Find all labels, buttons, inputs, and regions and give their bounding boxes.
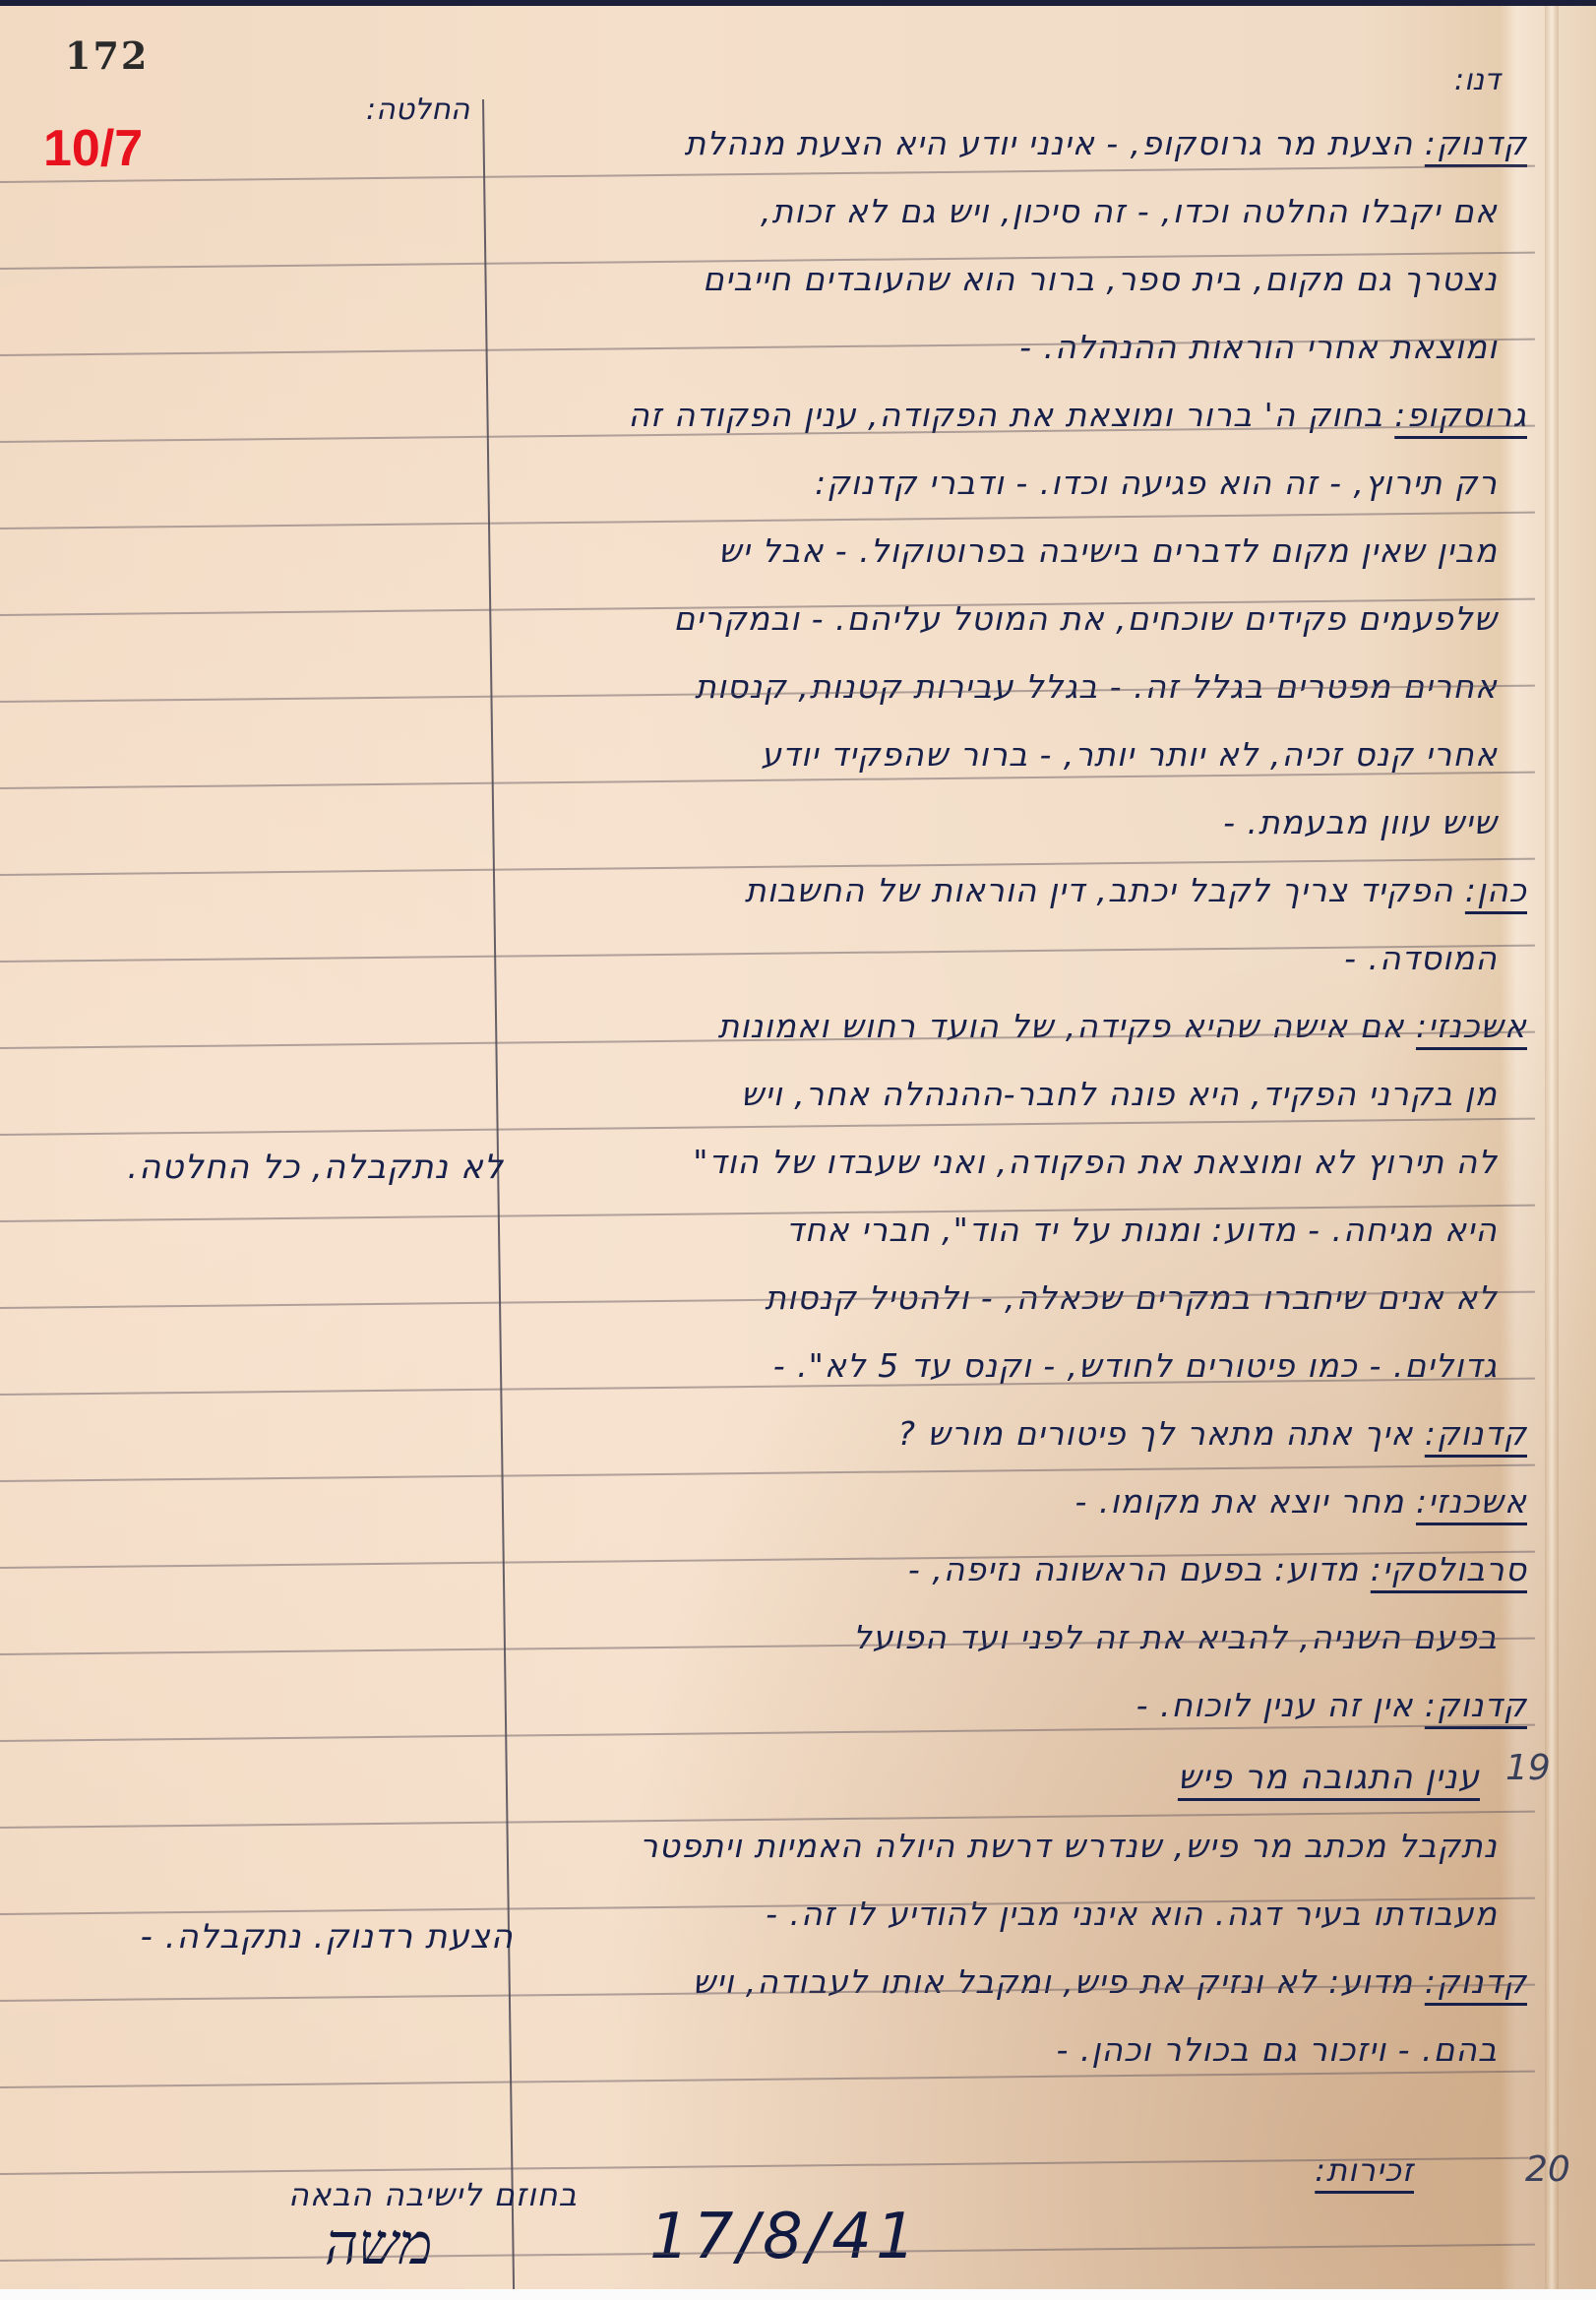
protocol-line: קדנוק: מדוע: לא ונזיק את פיש, ומקבל אותו…	[693, 1962, 1527, 2001]
ruled-line	[0, 2071, 1535, 2088]
line-text: אם יקבלו החלטה וכדו, - זה סיכון, ויש גם …	[761, 192, 1498, 230]
agenda-column-header: דנו:	[1454, 63, 1501, 97]
protocol-line: כהן: הפקיד צריך לקבל יכתב, דין הוראות של…	[745, 871, 1527, 909]
protocol-line: לה תירוץ לא ומוצאת את הפקודה, ואני שעבדו…	[693, 1143, 1498, 1181]
signature: משה	[325, 2210, 432, 2277]
line-text: הפקיד צריך לקבל יכתב, דין הוראות של החשב…	[745, 871, 1454, 909]
line-text: הצעת מר גרוסקופ, - אינני יודע היא הצעת מ…	[684, 124, 1413, 162]
protocol-line: נצטרך גם מקום, בית ספר, ברור הוא שהעובדי…	[703, 260, 1498, 298]
page-number: 172	[65, 33, 149, 78]
ruled-line	[0, 1118, 1535, 1136]
side-note-decision: הצעת רדנוק. נתקבלה. -	[141, 1917, 514, 1957]
protocol-line: רק תירוץ, - זה הוא פגיעה וכדו. - ודברי ק…	[815, 464, 1498, 502]
protocol-line: שיש עוון מבעמת. -	[1223, 803, 1498, 841]
line-text: מחר יוצא את מקומו. -	[1075, 1482, 1405, 1521]
protocol-line: קדנוק: הצעת מר גרוסקופ, - אינני יודע היא…	[684, 124, 1527, 162]
ruled-line	[0, 1724, 1535, 1742]
ruled-line	[0, 1378, 1535, 1396]
ruled-line	[0, 772, 1535, 789]
section-number: 19	[1505, 1748, 1551, 1788]
ruled-line	[0, 512, 1535, 529]
line-text: שיש עוון מבעמת. -	[1223, 803, 1498, 841]
protocol-line: קדנוק: איך אתה מתאר לך פיטורים מורש ?	[897, 1414, 1527, 1453]
speaker-name: סרבולסקי:	[1371, 1550, 1527, 1588]
ruled-line	[0, 2157, 1535, 2175]
protocol-line: קדנוק: אין זה ענין לוכוח. -	[1136, 1686, 1527, 1724]
line-text: אחרי קנס זכיה, לא יותר יותר, - ברור שהפק…	[761, 735, 1498, 774]
scan-bottom-edge	[0, 2289, 1596, 2300]
line-text: היא מגיחה. - מדוע: ומנות על יד הוד", חבר…	[786, 1211, 1498, 1249]
protocol-line: אחרי קנס זכיה, לא יותר יותר, - ברור שהפק…	[761, 735, 1498, 774]
protocol-line: נתקבל מכתב מר פיש, שנדרש דרשת היולה האמי…	[640, 1827, 1498, 1865]
protocol-line: מבין שאין מקום לדברים בישיבה בפרוטוקול. …	[718, 531, 1498, 570]
ruled-line	[0, 945, 1535, 963]
protocol-line: אשכנזי: מחר יוצא את מקומו. -	[1075, 1482, 1527, 1521]
line-text: בהם. - ויזכור גם בכולר וכהן. -	[1056, 2030, 1498, 2069]
line-text: לה תירוץ לא ומוצאת את הפקודה, ואני שעבדו…	[693, 1143, 1498, 1181]
speaker-name: קדנוק:	[1425, 1414, 1527, 1453]
line-text: מן בקרני הפקיד, היא פונה לחבר-ההנהלה אחר…	[741, 1075, 1498, 1113]
speaker-name: אשכנזי:	[1416, 1482, 1527, 1521]
line-text: נתקבל מכתב מר פיש, שנדרש דרשת היולה האמי…	[640, 1827, 1498, 1865]
signature-date: 17/8/41	[649, 2201, 920, 2273]
protocol-line: מן בקרני הפקיד, היא פונה לחבר-ההנהלה אחר…	[741, 1075, 1498, 1113]
line-text: בפעם השניה, להביא את זה לפני ועד הפועל	[853, 1618, 1498, 1656]
line-text: איך אתה מתאר לך פיטורים מורש ?	[897, 1414, 1413, 1453]
protocol-line: אם יקבלו החלטה וכדו, - זה סיכון, ויש גם …	[761, 192, 1498, 230]
line-text: רק תירוץ, - זה הוא פגיעה וכדו. - ודברי ק…	[815, 464, 1498, 502]
speaker-name: אשכנזי:	[1416, 1007, 1527, 1045]
speaker-name: קדנוק:	[1425, 1686, 1527, 1724]
decision-column-divider	[482, 99, 515, 2289]
protocol-line: היא מגיחה. - מדוע: ומנות על יד הוד", חבר…	[786, 1211, 1498, 1249]
section-heading: ענין התגובה מר פיש	[1178, 1758, 1480, 1797]
line-text: ומוצאת אחרי הוראות ההנהלה. -	[1019, 328, 1498, 366]
closing-note: בחוזם לישיבה הבאה	[288, 2176, 578, 2213]
line-text: מדוע: לא ונזיק את פיש, ומקבל אותו לעבודה…	[693, 1962, 1414, 2001]
document-page: 172 10/7 החלטה: דנו: קדנוק: הצעת מר גרוס…	[0, 6, 1596, 2289]
protocol-line: ומוצאת אחרי הוראות ההנהלה. -	[1019, 328, 1498, 366]
speaker-name: קדנוק:	[1425, 124, 1527, 162]
section-heading: זכירות:	[1315, 2151, 1414, 2189]
protocol-line: בפעם השניה, להביא את זה לפני ועד הפועל	[853, 1618, 1498, 1656]
section-number: 20	[1525, 2149, 1570, 2190]
speaker-name: גרוסקופ:	[1394, 396, 1527, 434]
stamp-date: 10/7	[43, 119, 143, 178]
speaker-name: קדנוק:	[1425, 1962, 1527, 2001]
decision-column-header: החלטה:	[366, 93, 469, 127]
ruled-line	[0, 165, 1535, 183]
line-text: אין זה ענין לוכוח. -	[1136, 1686, 1414, 1724]
page-fold	[1545, 6, 1559, 2289]
line-text: נצטרך גם מקום, בית ספר, ברור הוא שהעובדי…	[703, 260, 1498, 298]
speaker-name: כהן:	[1465, 871, 1527, 909]
ruled-line	[0, 1464, 1535, 1482]
protocol-line: בהם. - ויזכור גם בכולר וכהן. -	[1056, 2030, 1498, 2069]
line-text: מבין שאין מקום לדברים בישיבה בפרוטוקול. …	[718, 531, 1498, 570]
side-note-decision: לא נתקבלה, כל החלטה.	[127, 1148, 504, 1187]
